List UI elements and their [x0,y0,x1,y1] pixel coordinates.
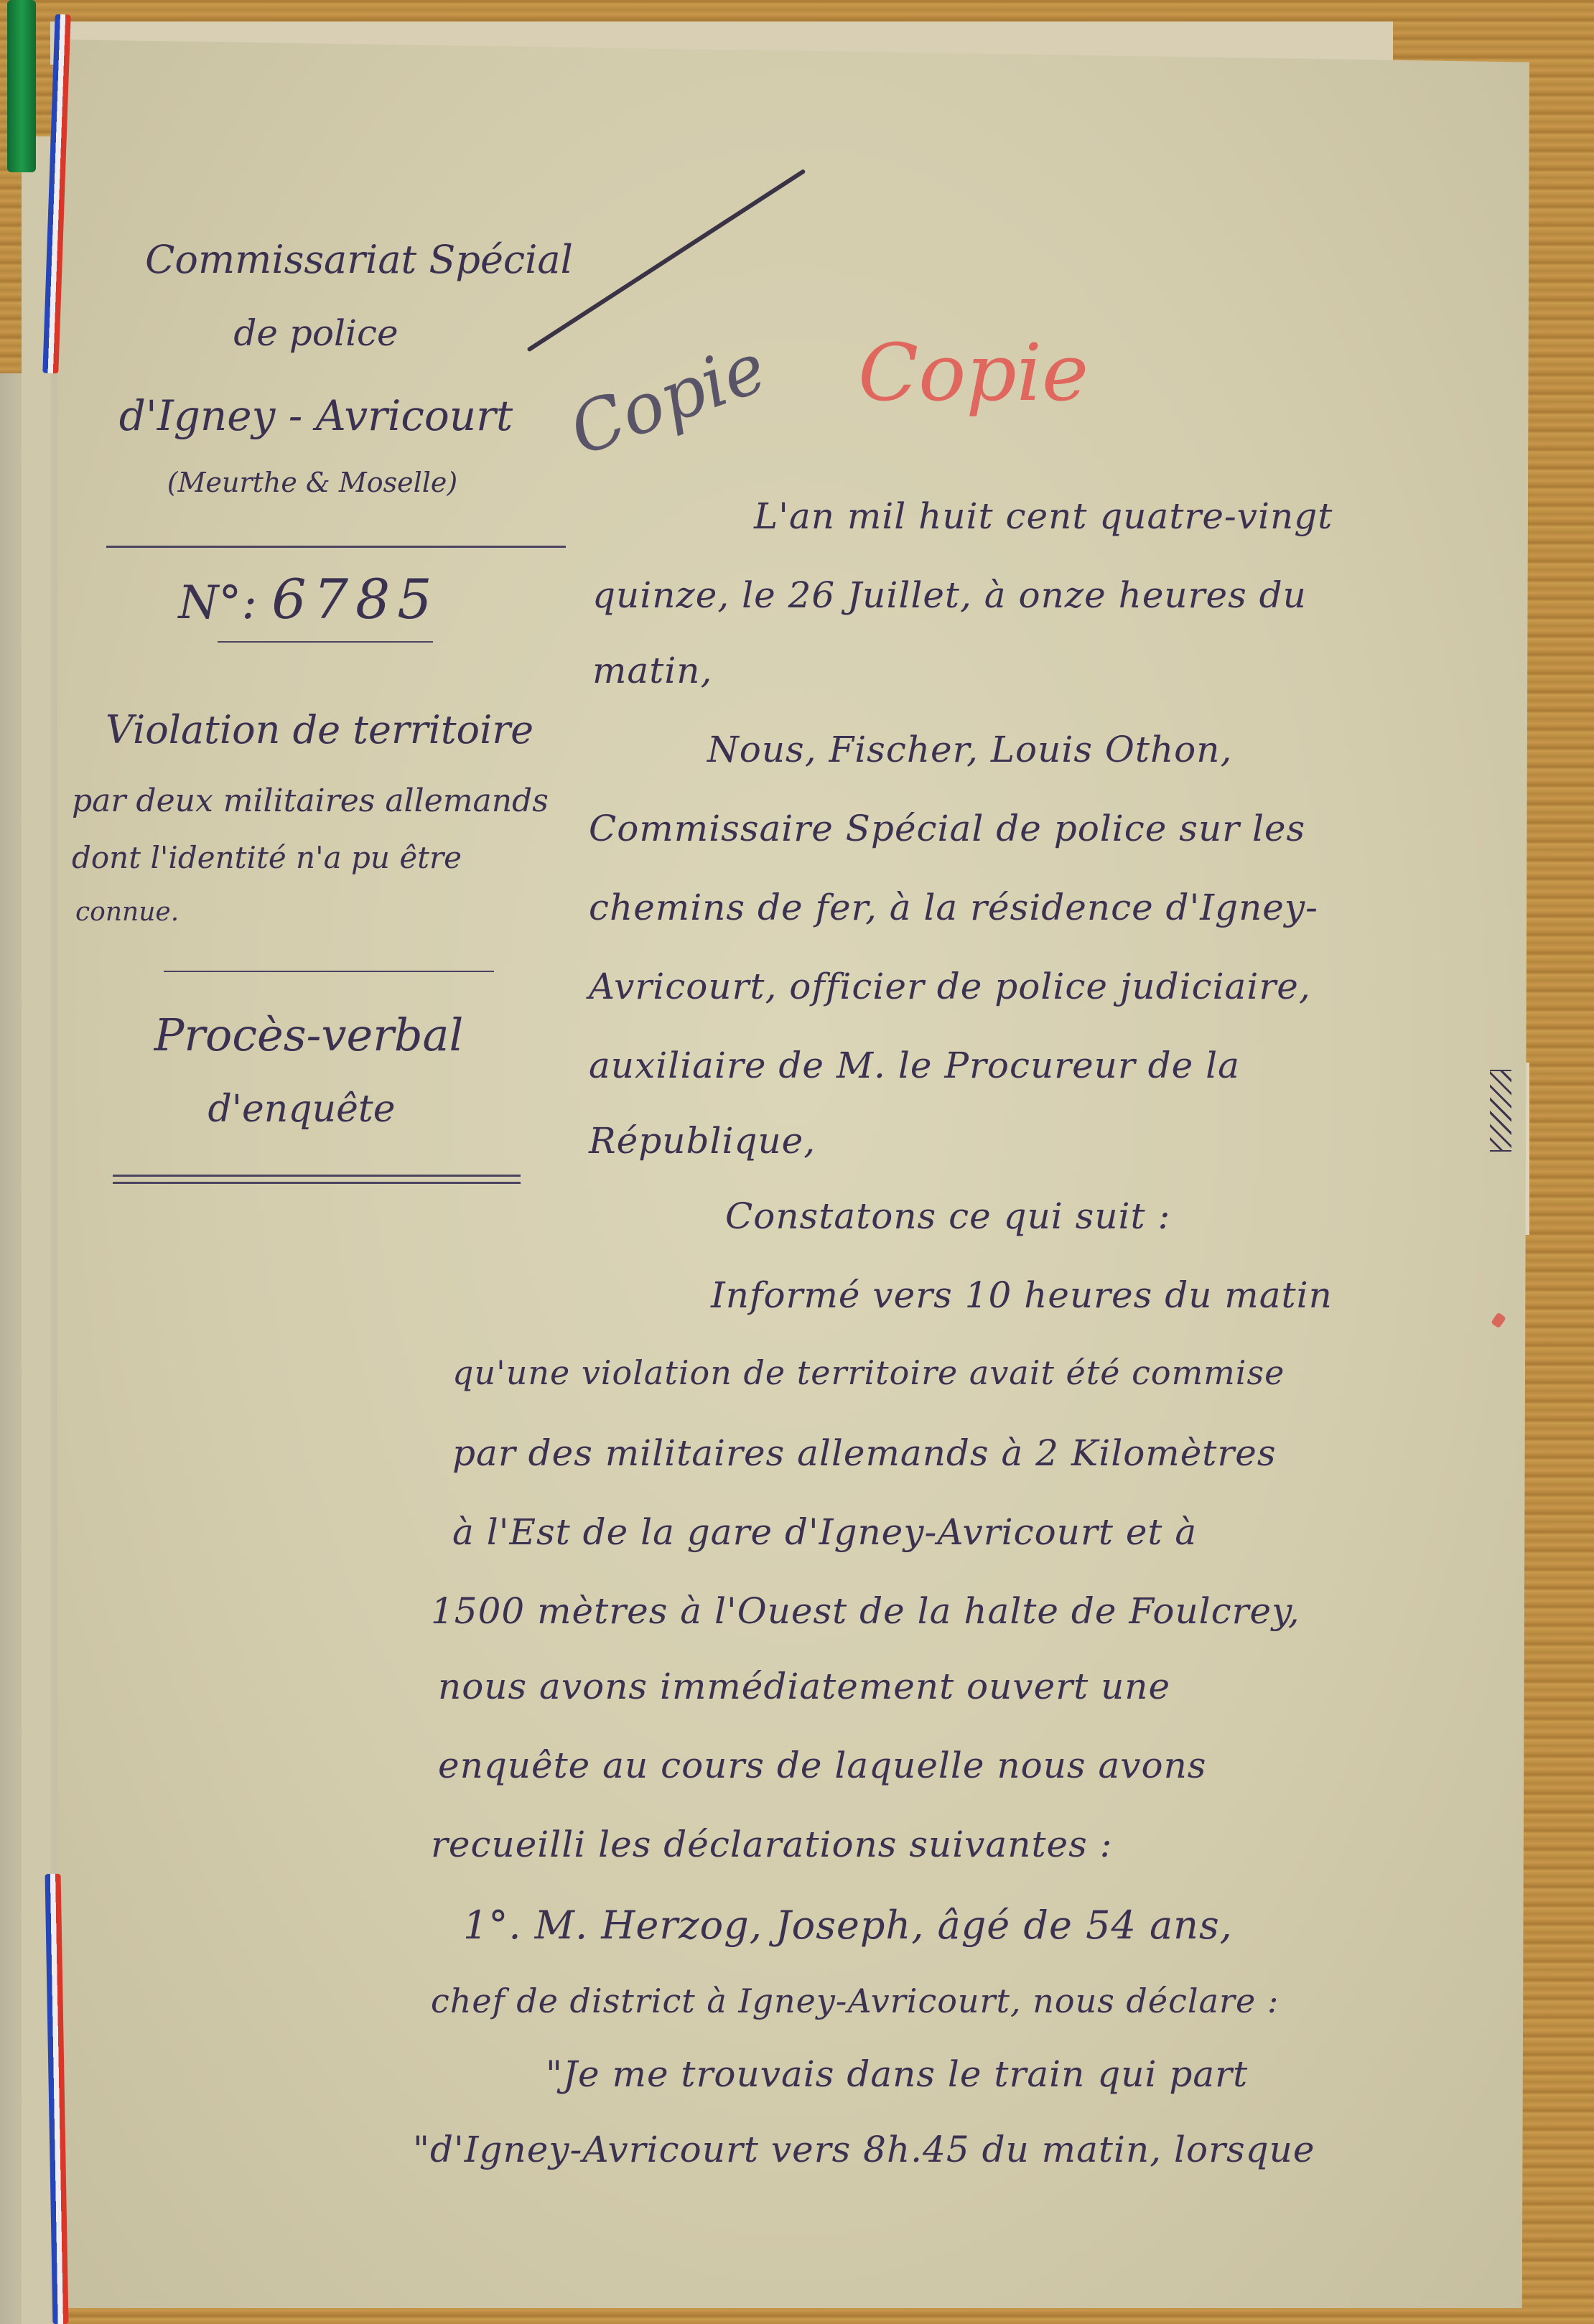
body-line: enquête au cours de laquelle nous avons [438,1745,1206,1786]
report-title-line-2: d'enquête [187,1088,416,1131]
body-line: "Je me trouvais dans le train qui part [546,2053,1248,2095]
body-line: Commissaire Spécial de police sur les [589,808,1305,849]
office-line-4: (Meurthe & Moselle) [122,467,503,498]
subject-line-2: par deux militaires allemands [72,783,560,819]
body-line: L'an mil huit cent quatre-vingt [754,495,1333,537]
body-line: "d'Igney-Avricourt vers 8h.45 du matin, … [413,2129,1315,2170]
subject-line-4: connue. [75,897,219,927]
body-line: République, [589,1120,816,1162]
body-line: matin, [592,650,712,691]
body-line: Avricourt, officier de police judiciaire… [589,966,1311,1007]
body-line: chemins de fer, à la résidence d'Igney- [589,887,1318,928]
divider-ornamental [106,546,566,548]
body-line: recueilli les déclarations suivantes : [431,1824,1113,1865]
file-number-value: 6785 [271,567,439,631]
body-line: par des militaires allemands à 2 Kilomèt… [452,1432,1277,1474]
divider-short [218,641,433,643]
subject-line-3: dont l'identité n'a pu être [72,840,531,875]
file-number-label: N°: [178,577,257,630]
body-line: à l'Est de la gare d'Igney-Avricourt et … [452,1511,1197,1553]
divider-title-top [164,971,494,972]
report-title-line-1: Procès-verbal [108,1009,510,1061]
body-line: Informé vers 10 heures du matin [711,1274,1333,1316]
office-line-1: Commissariat Spécial [115,237,603,282]
file-number: N°: 6785 [172,567,445,631]
green-ribbon [7,0,36,172]
folder-spine-strip [22,136,50,2324]
document-page [57,39,1529,2308]
body-line: chef de district à Igney-Avricourt, nous… [431,1982,1279,2020]
body-line: 1500 mètres à l'Ouest de la halte de Fou… [431,1590,1300,1632]
divider-double-2 [113,1182,521,1184]
body-line: Constatons ce qui suit : [725,1195,1170,1237]
divider-double-1 [113,1175,521,1177]
body-line: 1°. M. Herzog, Joseph, âgé de 54 ans, [463,1903,1233,1948]
body-line: quinze, le 26 Juillet, à onze heures du [592,574,1307,616]
body-line: auxiliaire de M. le Procureur de la [589,1045,1240,1086]
office-line-2: de police [144,312,488,354]
hatched-stamp-mark [1490,1070,1511,1152]
body-line: Nous, Fischer, Louis Othon, [707,729,1232,770]
body-line: nous avons immédiatement ouvert une [438,1666,1170,1707]
office-line-3: d'Igney - Avricourt [79,391,553,440]
subject-line-1: Violation de territoire [79,707,560,752]
body-line: qu'une violation de territoire avait été… [452,1353,1285,1392]
copy-annotation-red: Copie [858,327,1089,419]
